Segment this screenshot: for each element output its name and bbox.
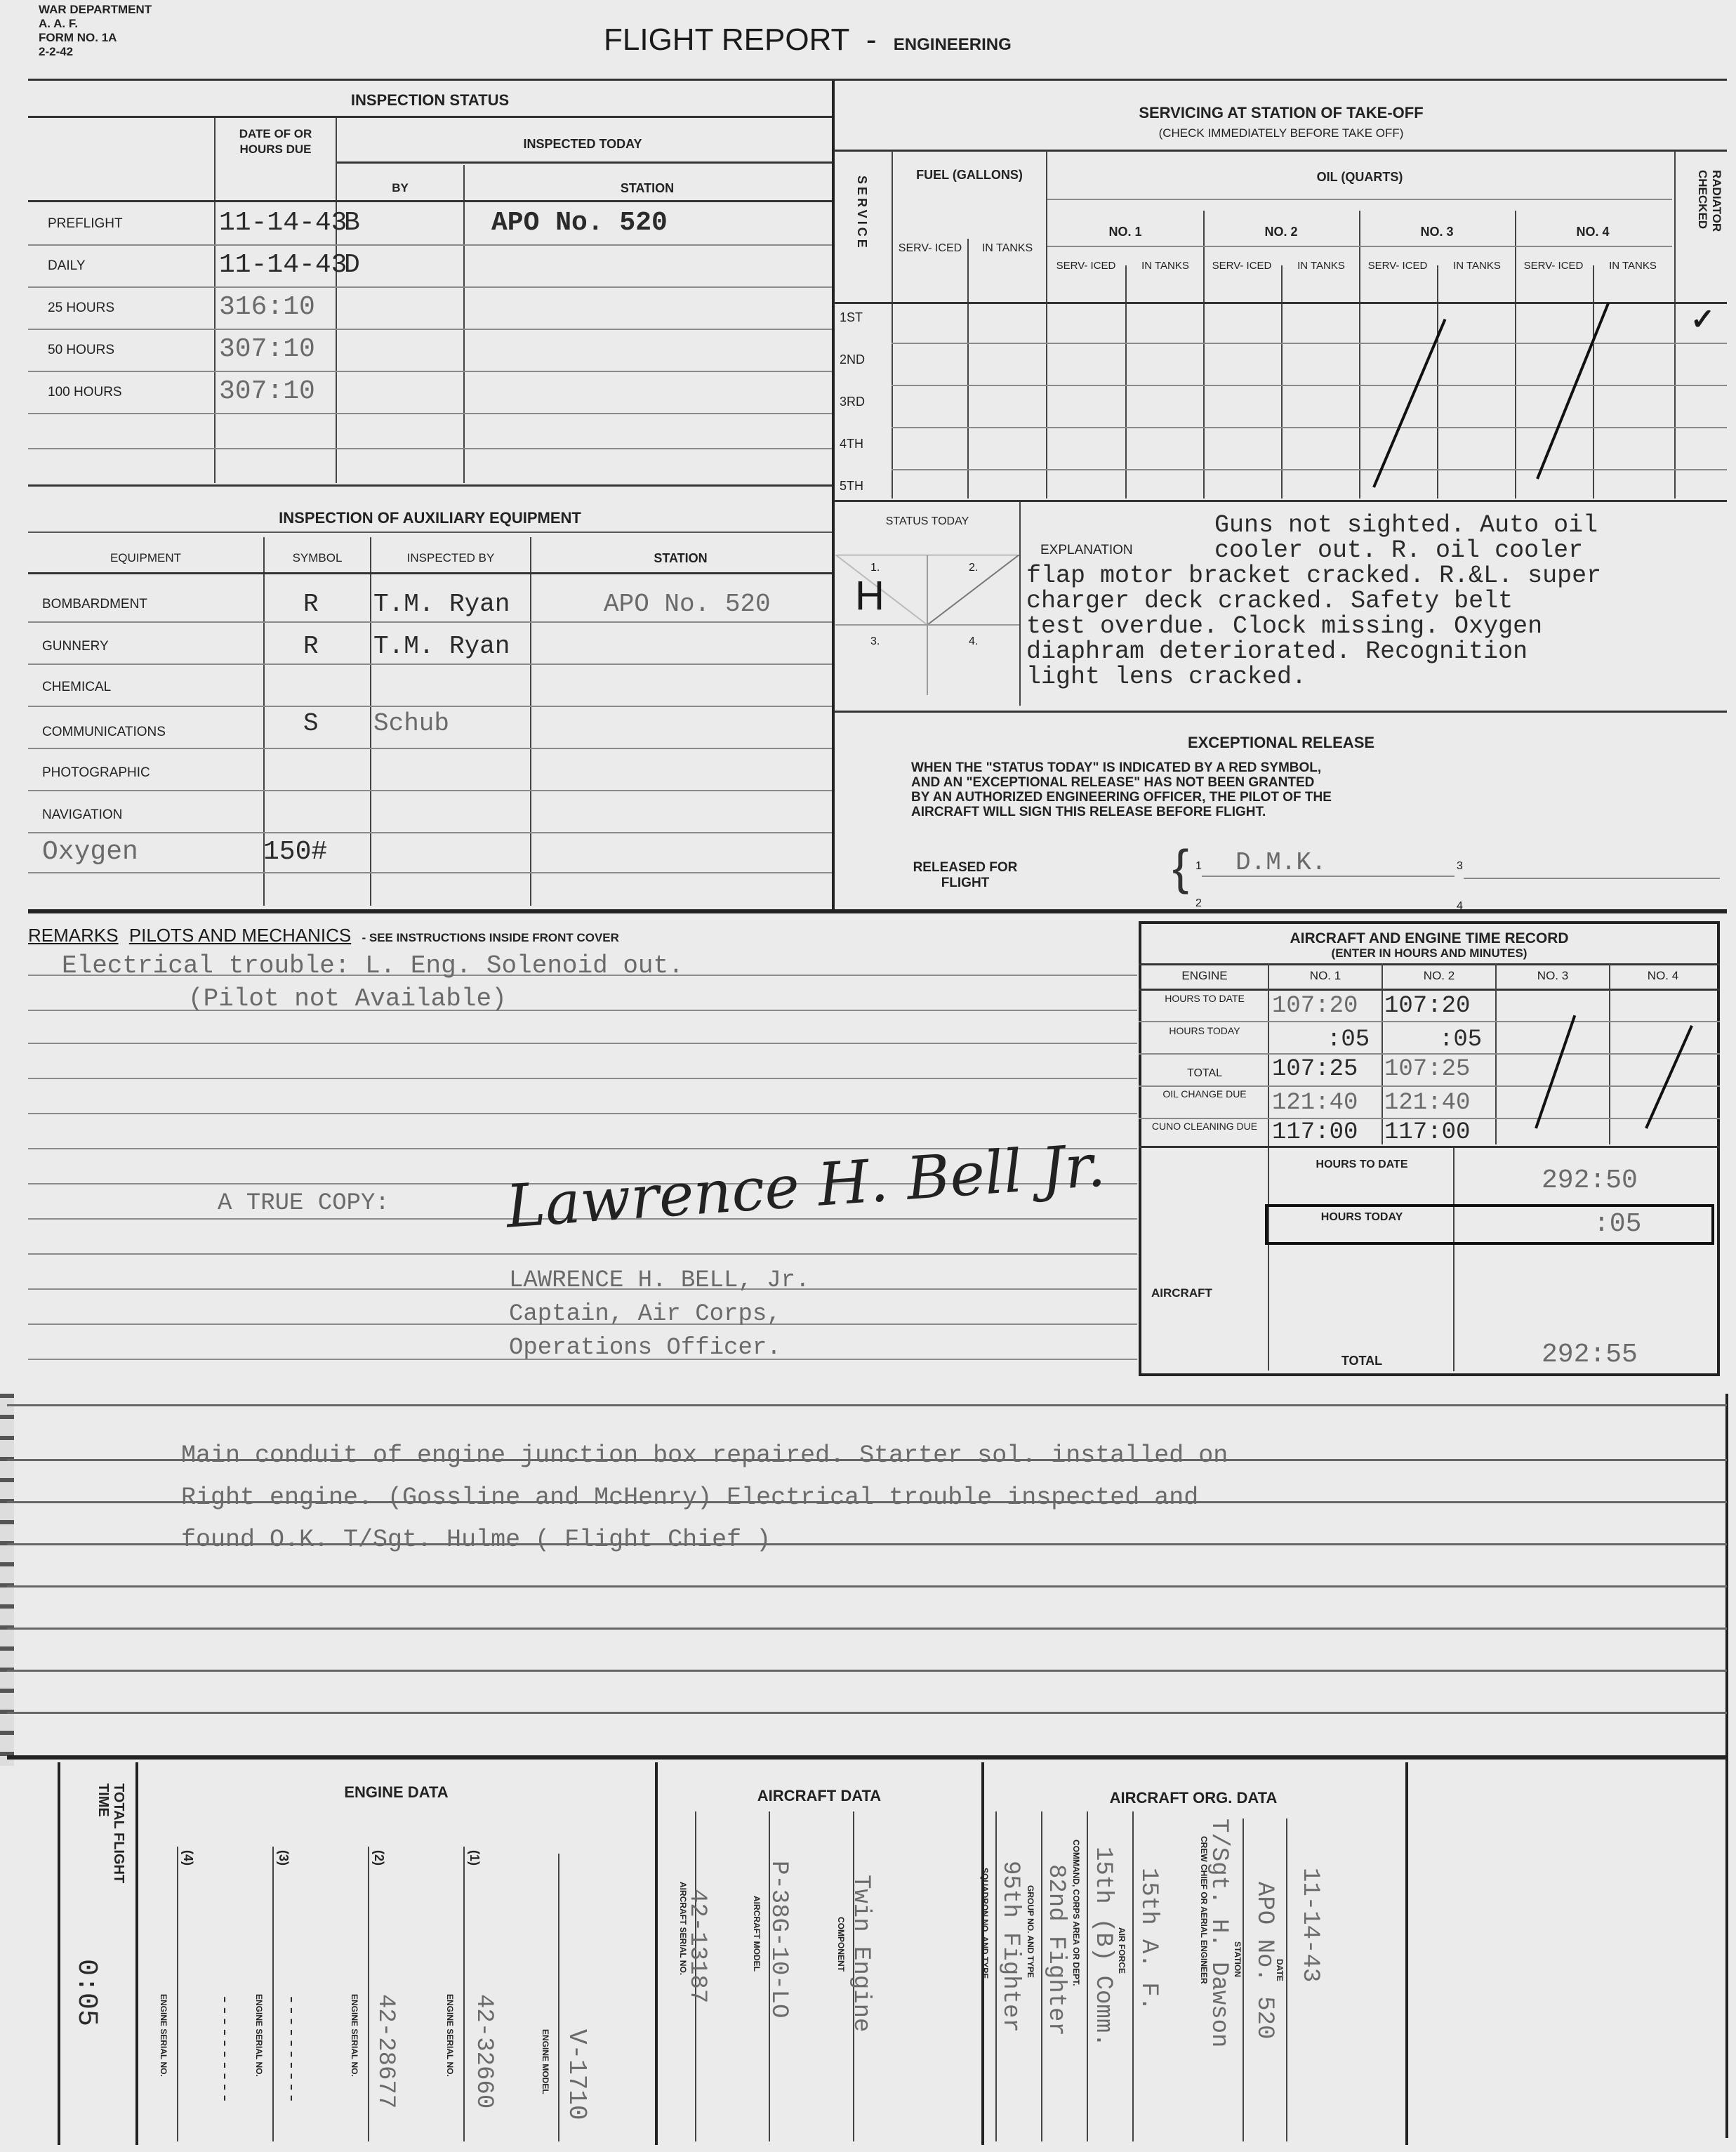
divider — [1019, 502, 1021, 706]
divider — [28, 790, 832, 791]
divider — [1281, 265, 1283, 499]
divider — [1047, 246, 1672, 247]
aircraft-hours-today-label: HOURS TODAY — [1271, 1211, 1453, 1224]
strike-mark — [1372, 319, 1446, 488]
subtitle: ENGINEERING — [894, 35, 1012, 54]
divider — [28, 748, 832, 749]
signature: Lawrence H. Bell Jr. — [504, 1130, 1108, 1241]
divider — [834, 150, 1727, 152]
row-label: 25 HOURS — [48, 301, 114, 316]
explanation-line: cooler out. R. oil cooler — [1026, 538, 1721, 563]
aircraft-model-label: AIRCRAFT MODEL — [752, 1896, 762, 1972]
text-line: AND AN "EXCEPTIONAL RELEASE" HAS NOT BEE… — [911, 775, 1332, 790]
divider — [1243, 1818, 1244, 2141]
engine-4-serial-value[interactable]: ---------- — [214, 1994, 235, 2104]
air-force-label: AIR FORCE — [1117, 1927, 1127, 1974]
form-header-info: WAR DEPARTMENT A. A. F. FORM NO. 1A 2-2-… — [39, 3, 152, 59]
slot-number: 3 — [1457, 860, 1463, 873]
explanation-line: Guns not sighted. Auto oil — [1026, 513, 1721, 538]
servicing-title: SERVICING AT STATION OF TAKE-OFF — [835, 104, 1727, 122]
auxiliary-title: INSPECTION OF AUXILIARY EQUIPMENT — [28, 509, 832, 527]
divider — [967, 239, 969, 499]
engine-no4-header: NO. 4 — [1610, 969, 1716, 983]
engine1-value[interactable]: 107:20 — [1272, 993, 1358, 1019]
aircraft-data-title: AIRCRAFT DATA — [657, 1787, 981, 1805]
text-line: BY AN AUTHORIZED ENGINEERING OFFICER, TH… — [911, 790, 1332, 805]
engine-no3-header: NO. 3 — [1497, 969, 1609, 983]
remarks-note: - SEE INSTRUCTIONS INSIDE FRONT COVER — [362, 931, 618, 944]
oil1-serviced-header: SERV- ICED — [1047, 260, 1125, 272]
title-separator: - — [866, 22, 877, 57]
brace-icon: { — [1172, 843, 1188, 892]
group-label: GROUP NO. AND TYPE — [1026, 1885, 1035, 1978]
work-done-text[interactable]: Main conduit of engine junction box repa… — [181, 1434, 1228, 1561]
crew-chief-value[interactable]: T/Sgt. H. Dawson — [1205, 1818, 1232, 2047]
work-line: found O.K. T/Sgt. Hulme ( Flight Chief ) — [181, 1519, 1228, 1561]
equipment-label: PHOTOGRAPHIC — [42, 765, 150, 781]
quadrant-4-label: 4. — [969, 635, 978, 648]
divider — [1087, 1811, 1088, 2141]
service-row-label: 2ND — [840, 352, 865, 367]
table-row — [28, 414, 832, 456]
radiator-checked-label: RADIATOR CHECKED — [1695, 170, 1723, 261]
table-row: CHEMICAL — [28, 667, 832, 709]
row-label: HOURS TODAY — [1141, 1025, 1268, 1036]
oil-engine-header: NO. 2 — [1203, 225, 1359, 239]
form-date: 2-2-42 — [39, 45, 152, 59]
strike-mark — [1536, 303, 1610, 480]
symbol-value[interactable]: S — [303, 709, 319, 738]
table-row: NAVIGATION — [28, 793, 832, 836]
release-signature-1[interactable]: D.M.K. — [1235, 848, 1327, 877]
work-line: Main conduit of engine junction box repa… — [181, 1434, 1228, 1477]
ruled-line — [7, 1585, 1727, 1587]
divider — [892, 385, 1727, 386]
page-title: FLIGHT REPORT - ENGINEERING — [604, 22, 1012, 58]
station-value[interactable]: APO No. 520 — [491, 208, 668, 238]
remarks-line-1[interactable]: Electrical trouble: L. Eng. Solenoid out… — [62, 951, 684, 980]
table-row: GUNNERY R T.M. Ryan — [28, 625, 832, 667]
engine-1-serial-label: ENGINE SERIAL NO. — [445, 1994, 455, 2077]
engine-2-number: (2) — [371, 1850, 386, 1866]
explanation-line: charger deck cracked. Safety belt — [1026, 588, 1721, 614]
divider — [892, 427, 1727, 428]
symbol-value[interactable]: R — [303, 632, 319, 661]
equipment-label: GUNNERY — [42, 639, 109, 654]
signer-title: Operations Officer. — [509, 1331, 809, 1365]
equipment-label: COMMUNICATIONS — [42, 725, 166, 740]
total-flight-time-value[interactable]: 0:05 — [70, 1959, 102, 2026]
oil3-serviced-header: SERV- ICED — [1359, 260, 1436, 272]
by-value[interactable]: D — [344, 250, 360, 280]
group-value[interactable]: 82nd Fighter — [1042, 1864, 1069, 2036]
engine1-value[interactable]: 107:25 — [1272, 1056, 1358, 1083]
due-value[interactable]: 11-14-43 — [219, 208, 347, 238]
engine2-value[interactable]: 117:00 — [1384, 1119, 1470, 1146]
divider — [892, 343, 1727, 344]
explanation-line: test overdue. Clock missing. Oxygen — [1026, 614, 1721, 639]
divider — [28, 200, 832, 202]
table-row: HOURS TO DATE 107:20 107:20 — [1139, 990, 1720, 1022]
status-today-box[interactable]: 1. 2. 3. 4. H — [835, 555, 1019, 695]
table-row: DAILY 11-14-43 D — [28, 246, 832, 288]
inspected-by-value[interactable]: Schub — [373, 709, 449, 738]
aircraft-hours-today-box — [1265, 1204, 1714, 1245]
oil-header: OIL (QUARTS) — [1047, 169, 1672, 185]
station-value[interactable]: APO No. 520 — [1251, 1882, 1278, 2039]
engine-model-label: ENGINE MODEL — [541, 2029, 550, 2094]
divider — [28, 706, 832, 707]
engine2-value[interactable]: 107:20 — [1384, 993, 1470, 1019]
symbol-value[interactable]: 150# — [263, 837, 327, 867]
status-symbol: H — [855, 572, 884, 619]
engine1-value[interactable]: :05 — [1327, 1027, 1370, 1053]
department: WAR DEPARTMENT — [39, 3, 152, 17]
engine-3-number: (3) — [276, 1850, 291, 1866]
divider — [463, 1847, 465, 2141]
table-row: TOTAL 107:25 107:25 — [1139, 1055, 1720, 1087]
quadrant-2-label: 2. — [969, 562, 978, 574]
divider — [1132, 1811, 1134, 2141]
command-label: COMMAND, CORPS AREA OR DEPT. — [1071, 1840, 1081, 1986]
divider — [1725, 1394, 1728, 2138]
inspected-by-column-header: INSPECTED BY — [371, 551, 530, 565]
ruled-line — [28, 1043, 1137, 1044]
inspected-today-header: INSPECTED TODAY — [337, 137, 828, 152]
text-line: WHEN THE "STATUS TODAY" IS INDICATED BY … — [911, 760, 1332, 775]
aux-station-column-header: STATION — [531, 551, 830, 566]
table-row: CUNO CLEANING DUE 117:00 117:00 — [1139, 1119, 1720, 1147]
fuel-in-tanks-header: IN TANKS — [969, 242, 1046, 255]
engine-3-serial-value[interactable]: ---------- — [281, 1994, 302, 2104]
equipment-column-header: EQUIPMENT — [28, 551, 263, 565]
symbol-value[interactable]: R — [303, 590, 319, 619]
station-label: STATION — [1233, 1941, 1243, 1977]
divider — [834, 711, 1727, 713]
equipment-label: NAVIGATION — [42, 807, 122, 823]
engine1-value[interactable]: 117:00 — [1272, 1119, 1358, 1146]
text-line: AIRCRAFT WILL SIGN THIS RELEASE BEFORE F… — [911, 805, 1332, 819]
divider — [28, 116, 832, 118]
slot-number: 2 — [1195, 897, 1202, 910]
oil2-serviced-header: SERV- ICED — [1203, 260, 1280, 272]
divider — [834, 500, 1727, 502]
oil2-in-tanks-header: IN TANKS — [1283, 260, 1360, 272]
divider — [1203, 211, 1205, 499]
inspection-status-title: INSPECTION STATUS — [28, 91, 832, 110]
oil1-in-tanks-header: IN TANKS — [1127, 260, 1204, 272]
component-label: COMPONENT — [836, 1917, 846, 1972]
divider — [1125, 265, 1127, 499]
radiator-check-mark[interactable]: ✓ — [1690, 302, 1715, 336]
table-row: COMMUNICATIONS S Schub — [28, 709, 832, 751]
divider — [832, 81, 835, 909]
divider — [1139, 963, 1720, 965]
divider — [177, 1847, 178, 2141]
table-row: Oxygen 150# — [28, 836, 832, 878]
divider — [834, 302, 1727, 304]
aircraft-total-value[interactable]: 292:55 — [1542, 1340, 1638, 1370]
ruled-line — [7, 1670, 1727, 1672]
exceptional-release-text: WHEN THE "STATUS TODAY" IS INDICATED BY … — [911, 760, 1332, 819]
engine-3-serial-label: ENGINE SERIAL NO. — [254, 1994, 264, 2077]
oil3-in-tanks-header: IN TANKS — [1438, 260, 1516, 272]
divider — [28, 664, 832, 665]
explanation-line: diaphram deteriorated. Recognition — [1026, 639, 1721, 664]
service-label: SERVICE — [854, 176, 869, 251]
fuel-serviced-header: SERV- ICED — [893, 242, 967, 255]
aircraft-model-value[interactable]: P-38G-10-LO — [765, 1861, 792, 2018]
divider — [28, 832, 832, 833]
oil-engine-header: NO. 3 — [1359, 225, 1515, 239]
row-label: HOURS TO DATE — [1141, 993, 1268, 1004]
engine-1-number: (1) — [467, 1850, 482, 1866]
row-label: 50 HOURS — [48, 343, 114, 358]
divider — [892, 469, 1727, 470]
engine-4-serial-label: ENGINE SERIAL NO. — [159, 1994, 168, 2077]
ruled-line — [7, 1628, 1727, 1630]
divider — [28, 872, 832, 873]
divider — [1359, 211, 1360, 499]
flight-report-form: WAR DEPARTMENT A. A. F. FORM NO. 1A 2-2-… — [0, 0, 1736, 2152]
table-row: OIL CHANGE DUE 121:40 121:40 — [1139, 1087, 1720, 1119]
service-row-label: 4TH — [840, 437, 863, 451]
title: FLIGHT REPORT — [604, 22, 849, 57]
engine-2-serial-label: ENGINE SERIAL NO. — [350, 1994, 359, 2077]
due-value[interactable]: 307:10 — [219, 376, 315, 407]
remarks-header: REMARKS PILOTS AND MECHANICS - SEE INSTR… — [28, 925, 619, 946]
signature-line — [1464, 878, 1720, 879]
engine-no2-header: NO. 2 — [1383, 969, 1495, 983]
remarks-line-2[interactable]: (Pilot not Available) — [188, 984, 507, 1013]
time-record-title: AIRCRAFT AND ENGINE TIME RECORD — [1139, 930, 1720, 947]
divider — [7, 1755, 1727, 1760]
fuel-header: FUEL (GALLONS) — [893, 167, 1046, 183]
by-column-header: BY — [337, 181, 463, 195]
ruled-line — [28, 1078, 1137, 1079]
divider — [655, 1762, 658, 2145]
table-row: PHOTOGRAPHIC — [28, 751, 832, 793]
engine-4-number: (4) — [180, 1850, 195, 1866]
engine2-value[interactable]: 107:25 — [1384, 1056, 1470, 1083]
divider — [1405, 1762, 1408, 2145]
squadron-value[interactable]: 95th Fighter — [997, 1861, 1023, 2033]
engine-1-serial-value[interactable]: 42-32660 — [470, 1994, 497, 2108]
quadrant-3-label: 3. — [870, 635, 880, 648]
engine-column-header: ENGINE — [1141, 969, 1268, 983]
command-value[interactable]: 15th (B) Comm. — [1089, 1847, 1116, 2047]
table-row: 50 HOURS 307:10 — [28, 330, 832, 372]
divider — [1674, 151, 1676, 499]
row-label: PREFLIGHT — [48, 216, 123, 232]
divider — [28, 484, 832, 487]
divider — [368, 1847, 369, 2141]
divider — [28, 79, 1727, 81]
signer-name: LAWRENCE H. BELL, Jr. — [509, 1264, 809, 1298]
divider — [1453, 1148, 1455, 1371]
station-value[interactable]: APO No. 520 — [604, 590, 771, 619]
aircraft-hours-to-date-label: HOURS TO DATE — [1271, 1158, 1453, 1171]
divider — [337, 161, 832, 164]
symbol-column-header: SYMBOL — [265, 551, 370, 565]
service-row-label: 5TH — [840, 479, 863, 494]
status-today-title: STATUS TODAY — [835, 515, 1019, 529]
divider — [28, 909, 1727, 913]
divider — [28, 448, 832, 449]
aircraft-total-label: TOTAL — [1271, 1354, 1453, 1368]
time-record-subtitle: (ENTER IN HOURS AND MINUTES) — [1139, 946, 1720, 961]
oil-engine-header: NO. 1 — [1047, 225, 1203, 239]
aircraft-label: AIRCRAFT — [1151, 1286, 1212, 1300]
engine2-value[interactable]: 121:40 — [1384, 1090, 1470, 1116]
divider — [1046, 151, 1047, 499]
equipment-label: BOMBARDMENT — [42, 597, 147, 612]
oil-engine-header: NO. 4 — [1515, 225, 1671, 239]
divider — [892, 151, 893, 499]
engine2-value[interactable]: :05 — [1439, 1027, 1482, 1053]
left-edge-binding — [0, 1394, 14, 1766]
service-row-label: 1ST — [840, 310, 863, 325]
servicing-subtitle: (CHECK IMMEDIATELY BEFORE TAKE OFF) — [835, 126, 1727, 140]
divider — [1286, 1818, 1287, 2141]
divider — [135, 1762, 138, 2145]
table-row: HOURS TODAY :05 :05 — [1139, 1022, 1720, 1055]
row-label: DAILY — [48, 258, 86, 274]
oil4-serviced-header: SERV- ICED — [1515, 260, 1592, 272]
work-line: Right engine. (Gossline and McHenry) Ele… — [181, 1477, 1228, 1519]
equipment-label[interactable]: Oxygen — [42, 837, 138, 867]
divider — [1515, 211, 1516, 499]
row-label: OIL CHANGE DUE — [1141, 1088, 1268, 1100]
remarks-title: REMARKS — [28, 925, 119, 946]
component-value[interactable]: Twin Engine — [847, 1875, 874, 2032]
ruled-line — [7, 1404, 1727, 1406]
form-number: FORM NO. 1A — [39, 31, 152, 45]
true-copy-label: A TRUE COPY: — [218, 1190, 390, 1217]
divider — [272, 1847, 274, 2141]
station-column-header: STATION — [465, 181, 830, 196]
table-row: 25 HOURS 316:10 — [28, 288, 832, 330]
divider — [28, 621, 832, 623]
due-value[interactable]: 307:10 — [219, 334, 315, 364]
divider — [28, 532, 832, 533]
oil4-in-tanks-header: IN TANKS — [1594, 260, 1671, 272]
branch: A. A. F. — [39, 17, 152, 31]
divider — [1047, 199, 1672, 200]
explanation-text[interactable]: Guns not sighted. Auto oil cooler out. R… — [1026, 513, 1721, 689]
released-for-flight-label: RELEASED FOR FLIGHT — [913, 860, 1018, 891]
ruled-line — [7, 1712, 1727, 1714]
due-value[interactable]: 316:10 — [219, 292, 315, 322]
air-force-value[interactable]: 15th A. F. — [1135, 1868, 1162, 2011]
inspected-by-value[interactable]: T.M. Ryan — [373, 590, 510, 619]
date-label: DATE — [1275, 1959, 1285, 1981]
ruled-line — [28, 1253, 1137, 1255]
equipment-label: CHEMICAL — [42, 680, 111, 695]
aircraft-hours-today-value[interactable]: :05 — [1593, 1209, 1641, 1239]
aircraft-serial-value[interactable]: 42-13187 — [684, 1889, 710, 2003]
inspected-by-value[interactable]: T.M. Ryan — [373, 632, 510, 661]
signature-line — [1202, 876, 1455, 877]
engine-no1-header: NO. 1 — [1269, 969, 1381, 983]
due-value[interactable]: 11-14-43 — [219, 250, 347, 280]
slot-number: 1 — [1195, 860, 1202, 873]
by-value[interactable]: B — [344, 208, 360, 238]
exceptional-release-title: EXCEPTIONAL RELEASE — [835, 734, 1727, 752]
total-flight-time-label: TOTAL FLIGHT TIME — [95, 1783, 126, 1889]
due-column-header: DATE OF OR HOURS DUE — [218, 126, 333, 157]
remarks-subtitle: PILOTS AND MECHANICS — [129, 925, 351, 946]
explanation-line: light lens cracked. — [1026, 664, 1721, 689]
signer-rank: Captain, Air Corps, — [509, 1298, 809, 1331]
divider — [28, 572, 832, 574]
engine-data-title: ENGINE DATA — [138, 1783, 655, 1802]
explanation-line: flap motor bracket cracked. R.&L. super — [1026, 563, 1721, 588]
divider — [1593, 265, 1594, 499]
engine-2-serial-value[interactable]: 42-28677 — [372, 1994, 399, 2108]
table-row: 100 HOURS 307:10 — [28, 372, 832, 414]
ruled-line — [28, 1113, 1137, 1114]
service-row-label: 3RD — [840, 395, 865, 409]
row-label: CUNO CLEANING DUE — [1141, 1121, 1268, 1132]
divider — [1437, 265, 1438, 499]
row-label: TOTAL — [1141, 1067, 1268, 1080]
divider — [1139, 1146, 1720, 1148]
engine-model-value[interactable]: V-1710 — [562, 2029, 591, 2120]
divider — [558, 1854, 559, 2141]
divider — [58, 1762, 60, 2145]
table-row: PREFLIGHT 11-14-43 B APO No. 520 — [28, 204, 832, 246]
aircraft-hours-to-date-value[interactable]: 292:50 — [1542, 1166, 1638, 1196]
table-row: BOMBARDMENT R T.M. Ryan APO No. 520 — [28, 583, 832, 625]
squadron-label: SQUADRON NO. AND TYPE — [980, 1868, 990, 1979]
row-label: 100 HOURS — [48, 385, 122, 400]
signer-block: LAWRENCE H. BELL, Jr. Captain, Air Corps… — [509, 1264, 809, 1365]
date-value[interactable]: 11-14-43 — [1297, 1868, 1323, 1982]
org-data-title: AIRCRAFT ORG. DATA — [983, 1789, 1404, 1807]
engine1-value[interactable]: 121:40 — [1272, 1090, 1358, 1116]
